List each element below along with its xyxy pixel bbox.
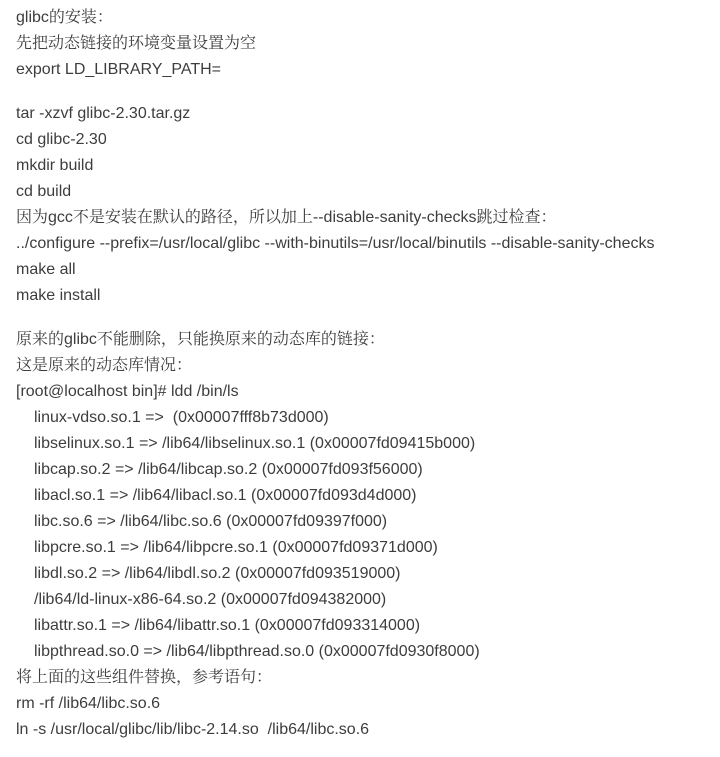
ldd-output-line: libcap.so.2 => /lib64/libcap.so.2 (0x000… [16, 457, 720, 483]
command-line: export LD_LIBRARY_PATH= [16, 57, 720, 83]
ldd-output-line: libc.so.6 => /lib64/libc.so.6 (0x00007fd… [16, 509, 720, 535]
ldd-output-line: linux-vdso.so.1 => (0x00007fff8b73d000) [16, 405, 720, 431]
ldd-output-line: libpcre.so.1 => /lib64/libpcre.so.1 (0x0… [16, 535, 720, 561]
ldd-output-line: libattr.so.1 => /lib64/libattr.so.1 (0x0… [16, 613, 720, 639]
paragraph-gap [16, 83, 720, 101]
text-line: 原来的glibc不能删除，只能换原来的动态库的链接： [16, 327, 720, 353]
shell-prompt-line: [root@localhost bin]# ldd /bin/ls [16, 379, 720, 405]
command-line: mkdir build [16, 153, 720, 179]
command-line: cd glibc-2.30 [16, 127, 720, 153]
ldd-output-line: libselinux.so.1 => /lib64/libselinux.so.… [16, 431, 720, 457]
ldd-output-line: /lib64/ld-linux-x86-64.so.2 (0x00007fd09… [16, 587, 720, 613]
command-line: make install [16, 283, 720, 309]
command-line: rm -rf /lib64/libc.so.6 [16, 691, 720, 717]
ldd-output-line: libdl.so.2 => /lib64/libdl.so.2 (0x00007… [16, 561, 720, 587]
ldd-output-line: libpthread.so.0 => /lib64/libpthread.so.… [16, 639, 720, 665]
text-line: 先把动态链接的环境变量设置为空 [16, 31, 720, 57]
text-line: 因为gcc不是安装在默认的路径，所以加上--disable-sanity-che… [16, 205, 720, 231]
heading-glibc-install: glibc的安装： [16, 5, 720, 31]
command-line: make all [16, 257, 720, 283]
text-line: 这是原来的动态库情况： [16, 353, 720, 379]
command-line: ../configure --prefix=/usr/local/glibc -… [16, 231, 720, 257]
ldd-output-line: libacl.so.1 => /lib64/libacl.so.1 (0x000… [16, 483, 720, 509]
paragraph-gap [16, 309, 720, 327]
document-body: glibc的安装： 先把动态链接的环境变量设置为空 export LD_LIBR… [0, 0, 720, 743]
command-line: cd build [16, 179, 720, 205]
command-line: ln -s /usr/local/glibc/lib/libc-2.14.so … [16, 717, 720, 743]
text-line: 将上面的这些组件替换，参考语句： [16, 665, 720, 691]
command-line: tar -xzvf glibc-2.30.tar.gz [16, 101, 720, 127]
